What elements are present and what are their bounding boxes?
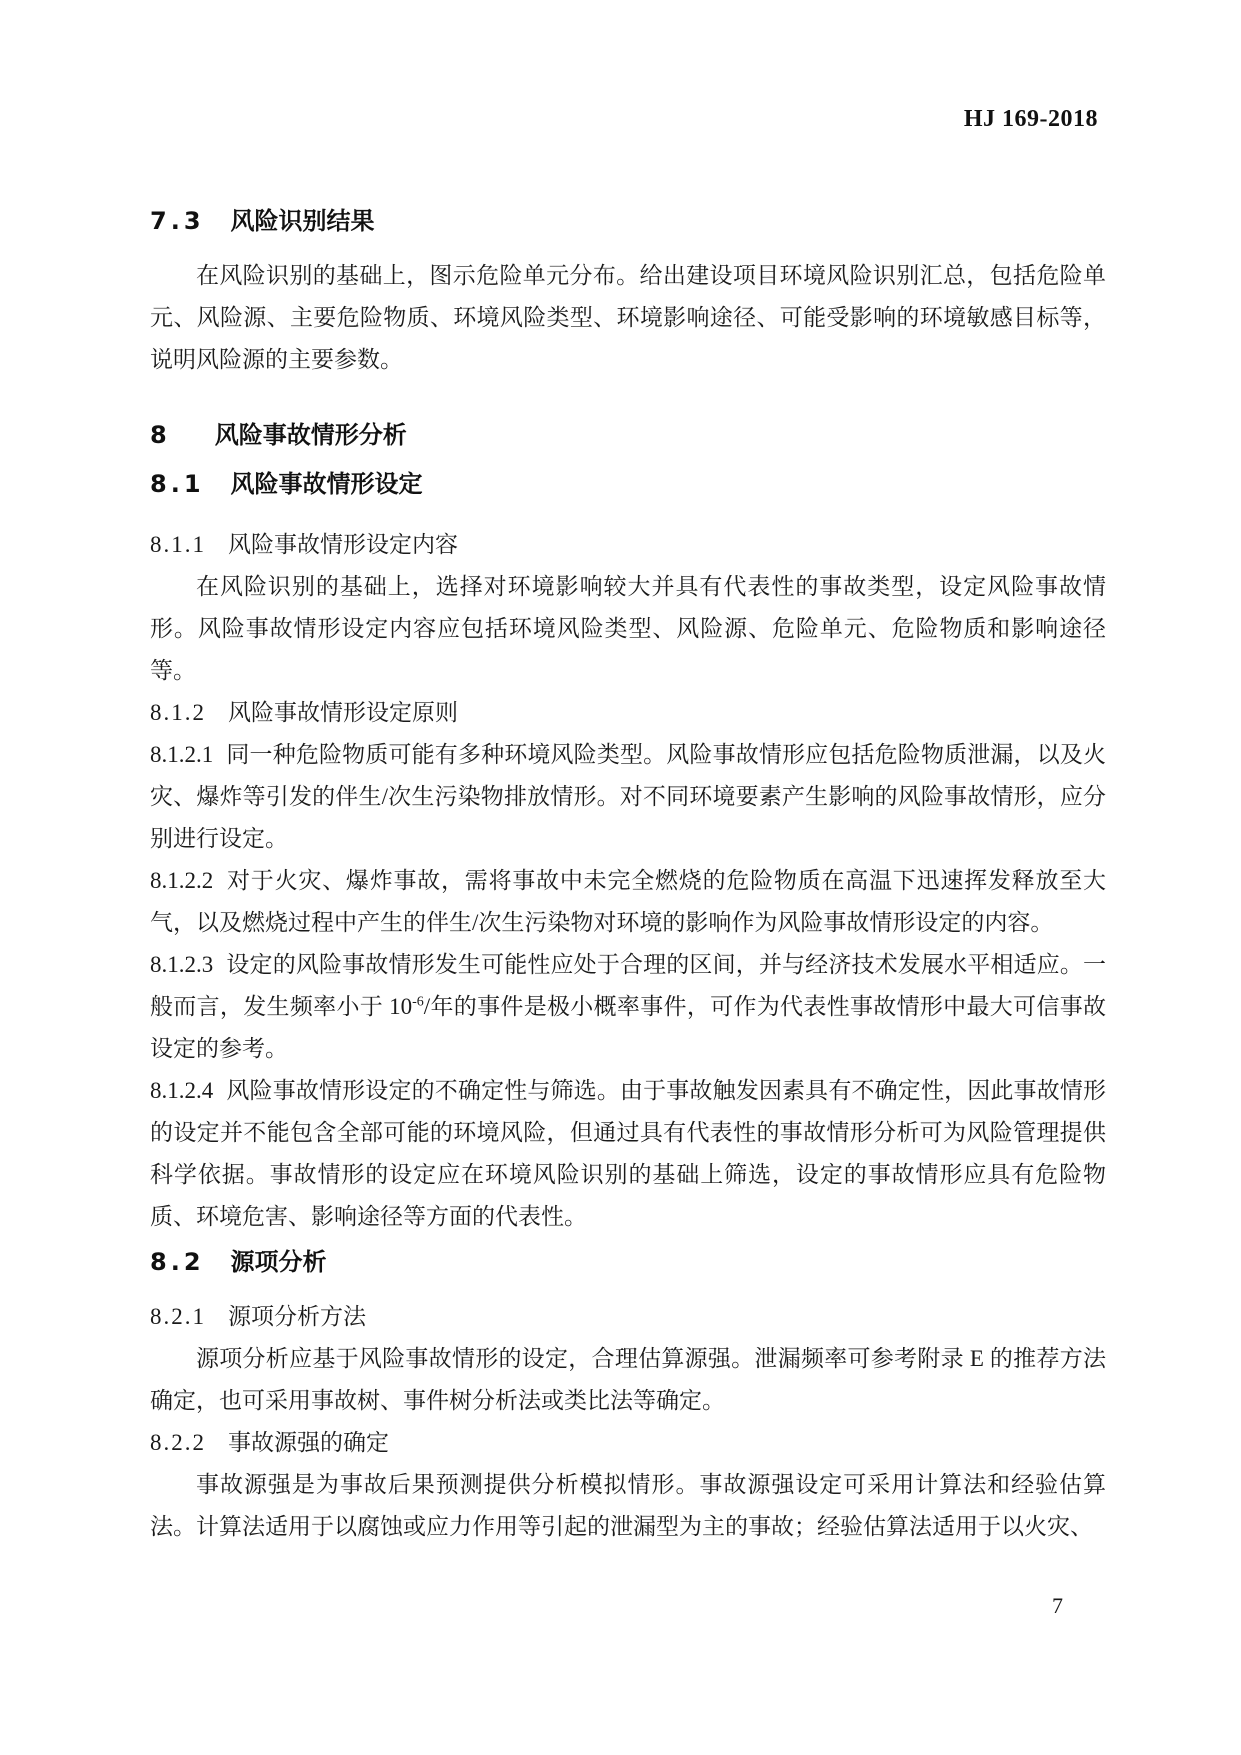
heading-8-2-2: 8.2.2事故源强的确定 bbox=[150, 1422, 1106, 1464]
paragraph-8-2-1: 源项分析应基于风险事故情形的设定，合理估算源强。泄漏频率可参考附录 E 的推荐方… bbox=[150, 1338, 1106, 1422]
heading-number: 8.1.2 bbox=[150, 700, 206, 725]
paragraph-7-3: 在风险识别的基础上，图示危险单元分布。给出建设项目环境风险识别汇总，包括危险单元… bbox=[150, 255, 1106, 381]
clause-text: 风险事故情形设定的不确定性与筛选。由于事故触发因素具有不确定性，因此事故情形的设… bbox=[150, 1078, 1106, 1229]
heading-title: 源项分析 bbox=[231, 1248, 327, 1276]
heading-8-1-2: 8.1.2风险事故情形设定原则 bbox=[150, 692, 1106, 734]
heading-title: 风险事故情形分析 bbox=[215, 421, 407, 449]
heading-number: 8 bbox=[150, 421, 171, 449]
document-content: 7.3风险识别结果 在风险识别的基础上，图示危险单元分布。给出建设项目环境风险识… bbox=[150, 0, 1106, 1548]
heading-7-3: 7.3风险识别结果 bbox=[150, 205, 1106, 237]
heading-8-1: 8.1风险事故情形设定 bbox=[150, 468, 1106, 500]
clause-8-1-2-1: 8.1.2.1同一种危险物质可能有多种环境风险类型。风险事故情形应包括危险物质泄… bbox=[150, 734, 1106, 860]
heading-8-1-1: 8.1.1风险事故情形设定内容 bbox=[150, 524, 1106, 566]
document-page: HJ 169-2018 7.3风险识别结果 在风险识别的基础上，图示危险单元分布… bbox=[0, 0, 1241, 1755]
clause-8-1-2-4: 8.1.2.4风险事故情形设定的不确定性与筛选。由于事故触发因素具有不确定性，因… bbox=[150, 1070, 1106, 1238]
heading-title: 风险识别结果 bbox=[231, 207, 375, 235]
page-number: 7 bbox=[1052, 1593, 1063, 1619]
heading-number: 8.2 bbox=[150, 1248, 205, 1276]
clause-number: 8.1.2.3 bbox=[150, 952, 213, 977]
clause-number: 8.1.2.4 bbox=[150, 1078, 213, 1103]
clause-8-1-2-3: 8.1.2.3设定的风险事故情形发生可能性应处于合理的区间，并与经济技术发展水平… bbox=[150, 944, 1106, 1070]
heading-8-2-1: 8.2.1源项分析方法 bbox=[150, 1296, 1106, 1338]
heading-number: 8.2.2 bbox=[150, 1430, 206, 1455]
heading-8: 8风险事故情形分析 bbox=[150, 419, 1106, 451]
page-number-value: 7 bbox=[1052, 1593, 1063, 1618]
heading-8-2: 8.2源项分析 bbox=[150, 1246, 1106, 1278]
clause-8-1-2-2: 8.1.2.2对于火灾、爆炸事故，需将事故中未完全燃烧的危险物质在高温下迅速挥发… bbox=[150, 860, 1106, 944]
heading-title: 风险事故情形设定原则 bbox=[228, 700, 458, 725]
clause-number: 8.1.2.2 bbox=[150, 868, 213, 893]
paragraph-8-1-1: 在风险识别的基础上，选择对环境影响较大并具有代表性的事故类型，设定风险事故情形。… bbox=[150, 566, 1106, 692]
heading-title: 源项分析方法 bbox=[228, 1304, 366, 1329]
heading-number: 8.2.1 bbox=[150, 1304, 206, 1329]
heading-title: 风险事故情形设定内容 bbox=[228, 532, 458, 557]
heading-number: 7.3 bbox=[150, 207, 205, 235]
heading-number: 8.1 bbox=[150, 470, 205, 498]
paragraph-8-2-2: 事故源强是为事故后果预测提供分析模拟情形。事故源强设定可采用计算法和经验估算法。… bbox=[150, 1464, 1106, 1548]
heading-title: 风险事故情形设定 bbox=[231, 470, 423, 498]
clause-text: 对于火灾、爆炸事故，需将事故中未完全燃烧的危险物质在高温下迅速挥发释放至大气，以… bbox=[150, 868, 1106, 935]
superscript-exponent: -6 bbox=[412, 994, 424, 1009]
heading-title: 事故源强的确定 bbox=[228, 1430, 389, 1455]
clause-text: 同一种危险物质可能有多种环境风险类型。风险事故情形应包括危险物质泄漏，以及火灾、… bbox=[150, 742, 1106, 851]
heading-number: 8.1.1 bbox=[150, 532, 206, 557]
clause-number: 8.1.2.1 bbox=[150, 742, 213, 767]
